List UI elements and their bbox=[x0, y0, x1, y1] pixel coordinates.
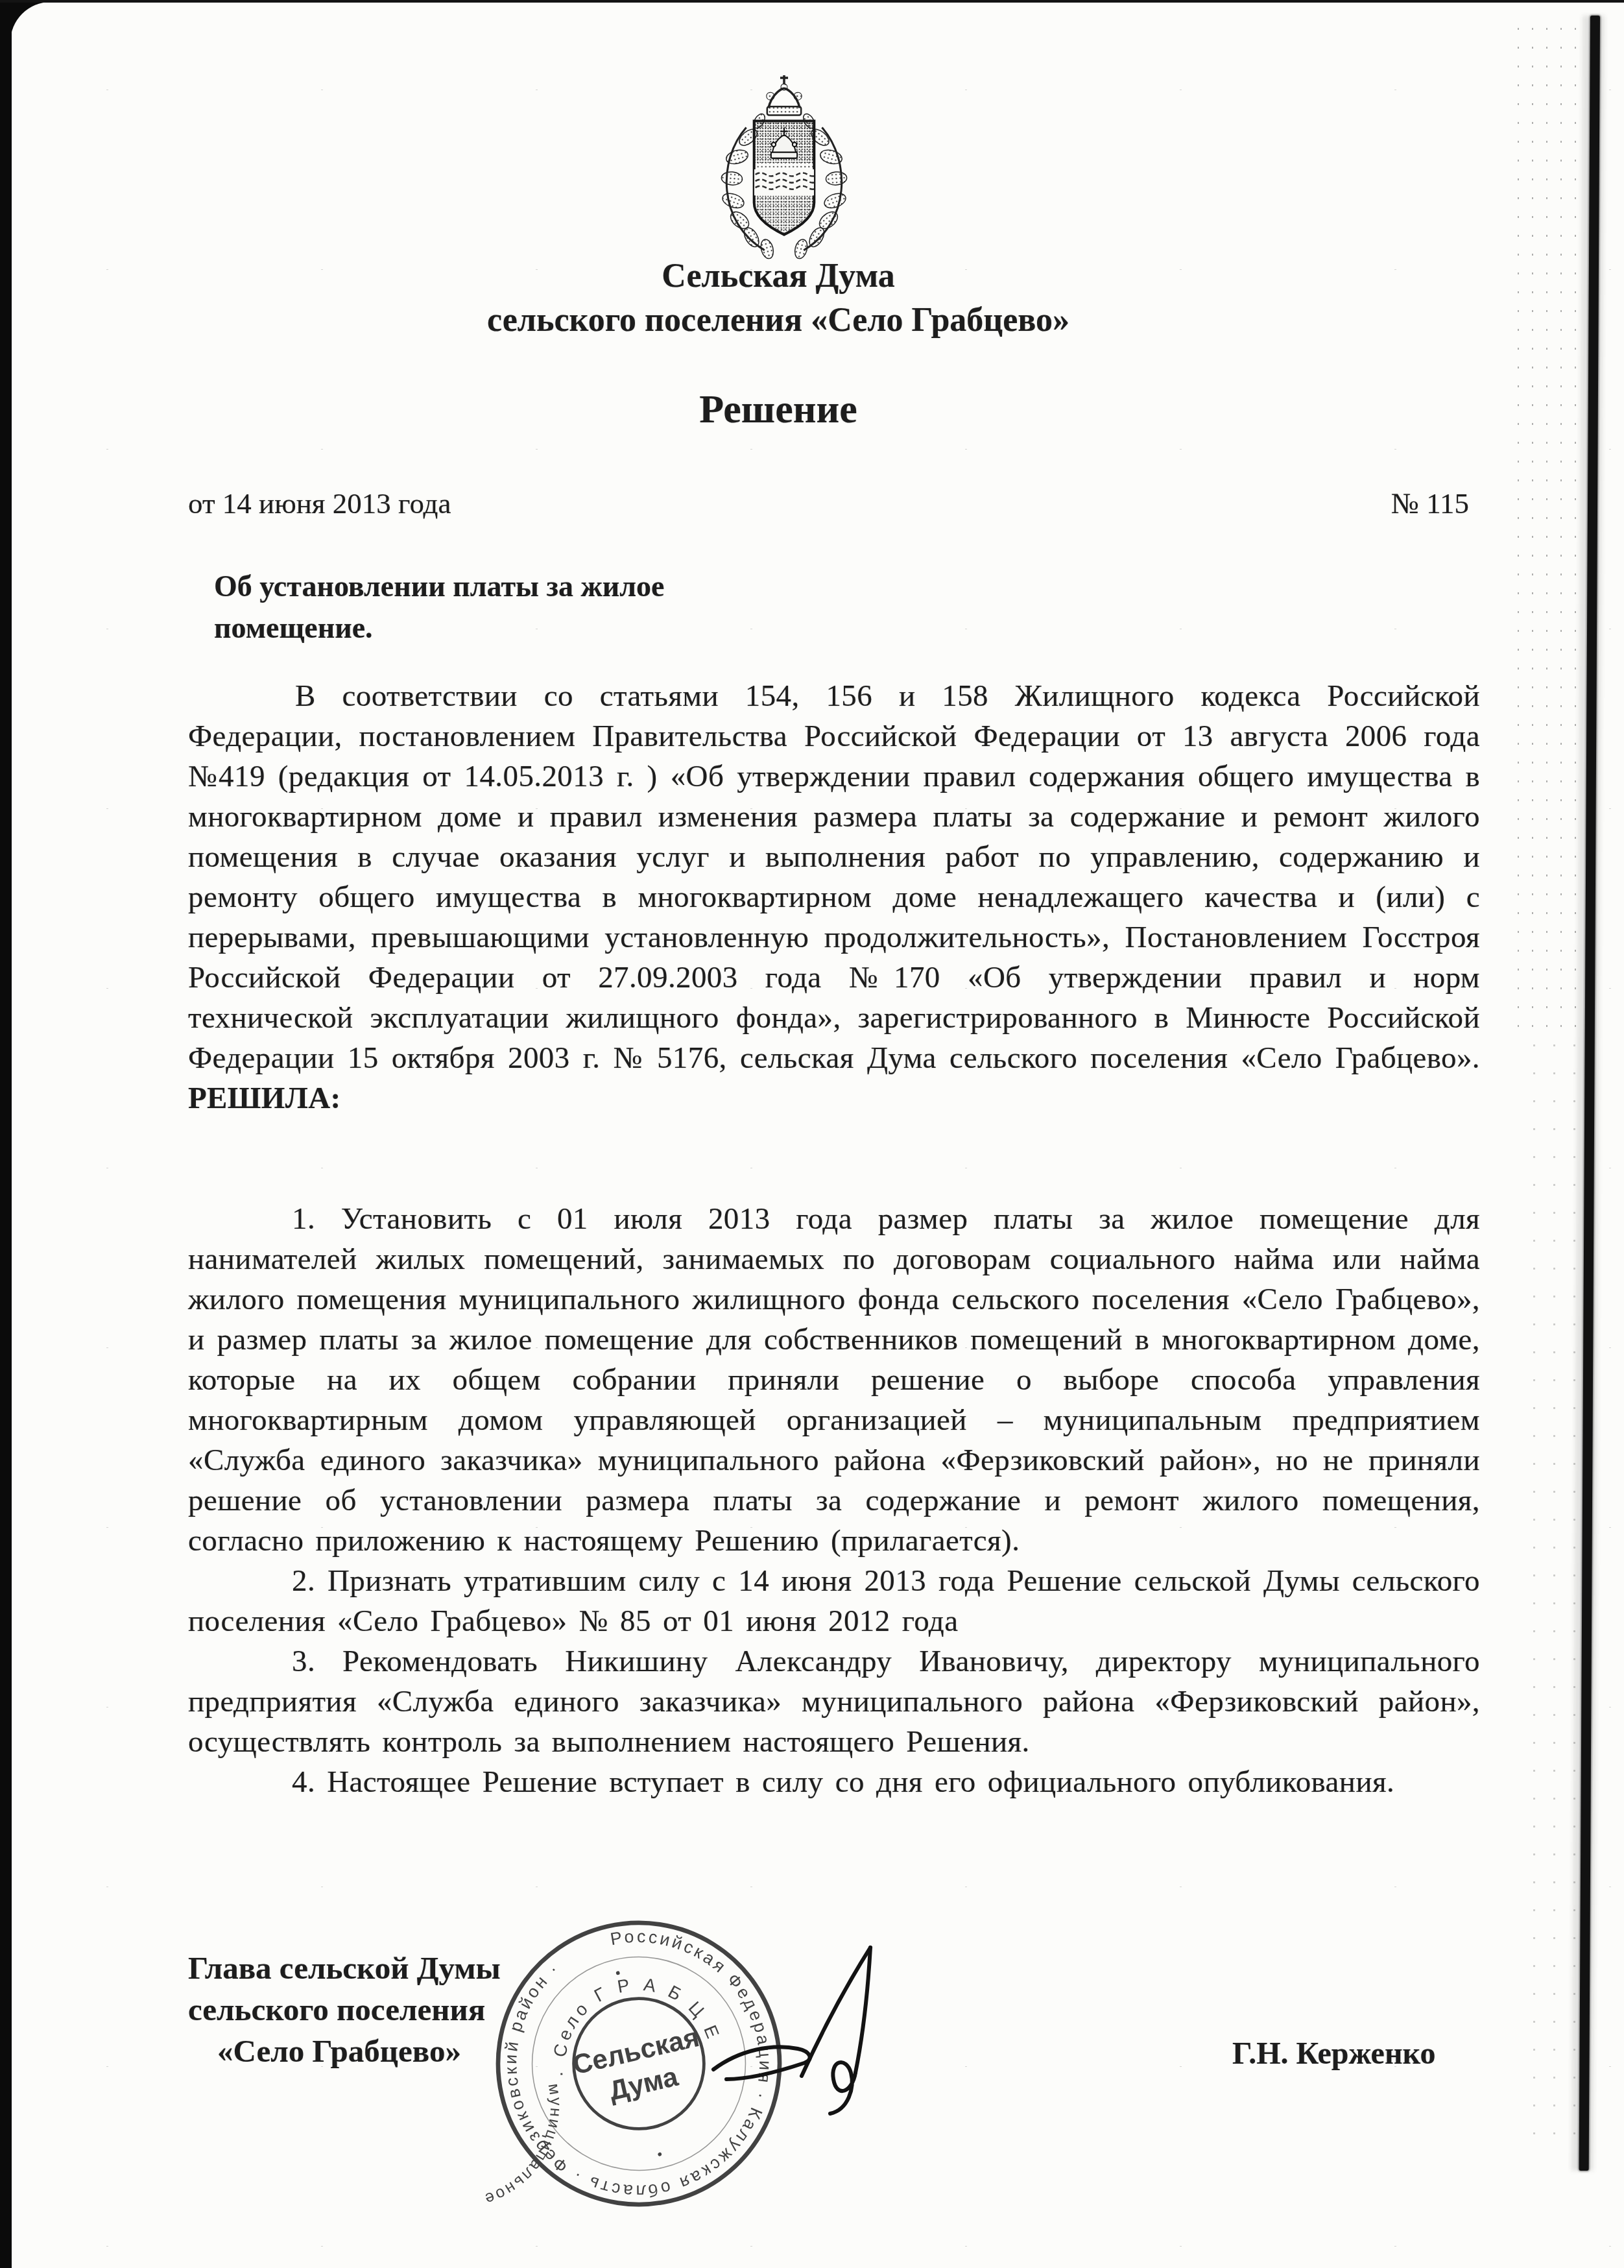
resolution-item-1: 1. Установить с 01 июля 2013 года размер… bbox=[188, 1199, 1480, 1561]
shield bbox=[754, 121, 818, 236]
preamble-text: В соответствии со статьями 154, 156 и 15… bbox=[188, 679, 1480, 1075]
document-date: от 14 июня 2013 года bbox=[188, 487, 451, 520]
scan-left-edge-band bbox=[0, 0, 12, 2268]
scanned-document-page: Сельская Дума сельского поселения «Село … bbox=[0, 0, 1624, 2268]
resolution-item-4: 4. Настоящее Решение вступает в силу со … bbox=[188, 1762, 1480, 1802]
org-name-line2: сельского поселения «Село Грабцево» bbox=[130, 298, 1427, 343]
resolved-label: РЕШИЛА: bbox=[188, 1081, 341, 1115]
org-heading: Сельская Дума сельского поселения «Село … bbox=[130, 254, 1427, 343]
date-number-row: от 14 июня 2013 года № 115 bbox=[188, 487, 1469, 520]
document-type-title: Решение bbox=[130, 387, 1427, 433]
signatory-title-block: Глава сельской Думы сельского поселения … bbox=[188, 1948, 501, 2072]
handwritten-signature bbox=[699, 1938, 922, 2136]
scan-noise-strip-bottom bbox=[1524, 1031, 1589, 2147]
resolution-items: 1. Установить с 01 июля 2013 года размер… bbox=[188, 1199, 1480, 1802]
signatory-title-line1: Глава сельской Думы bbox=[188, 1948, 501, 1989]
preamble-paragraph: В соответствии со статьями 154, 156 и 15… bbox=[188, 676, 1480, 1118]
scan-noise-strip-top bbox=[1511, 19, 1588, 1031]
signatory-title-line2: сельского поселения bbox=[188, 1989, 501, 2031]
coat-of-arms-icon bbox=[686, 75, 882, 265]
signatory-name: Г.Н. Керженко bbox=[1232, 2036, 1436, 2071]
preamble-block: В соответствии со статьями 154, 156 и 15… bbox=[188, 676, 1480, 1118]
resolution-item-2: 2. Признать утратившим силу с 14 июня 20… bbox=[188, 1561, 1480, 1641]
resolution-item-3: 3. Рекомендовать Никишину Александру Ива… bbox=[188, 1641, 1480, 1762]
signatory-title-line3: «Село Грабцево» bbox=[188, 2031, 501, 2072]
document-subject: Об установлении платы за жилое помещение… bbox=[214, 566, 739, 649]
org-name-line1: Сельская Дума bbox=[130, 254, 1427, 298]
document-number: № 115 bbox=[1391, 487, 1469, 520]
scan-top-edge-line bbox=[0, 0, 1624, 3]
crown-icon bbox=[767, 75, 802, 115]
